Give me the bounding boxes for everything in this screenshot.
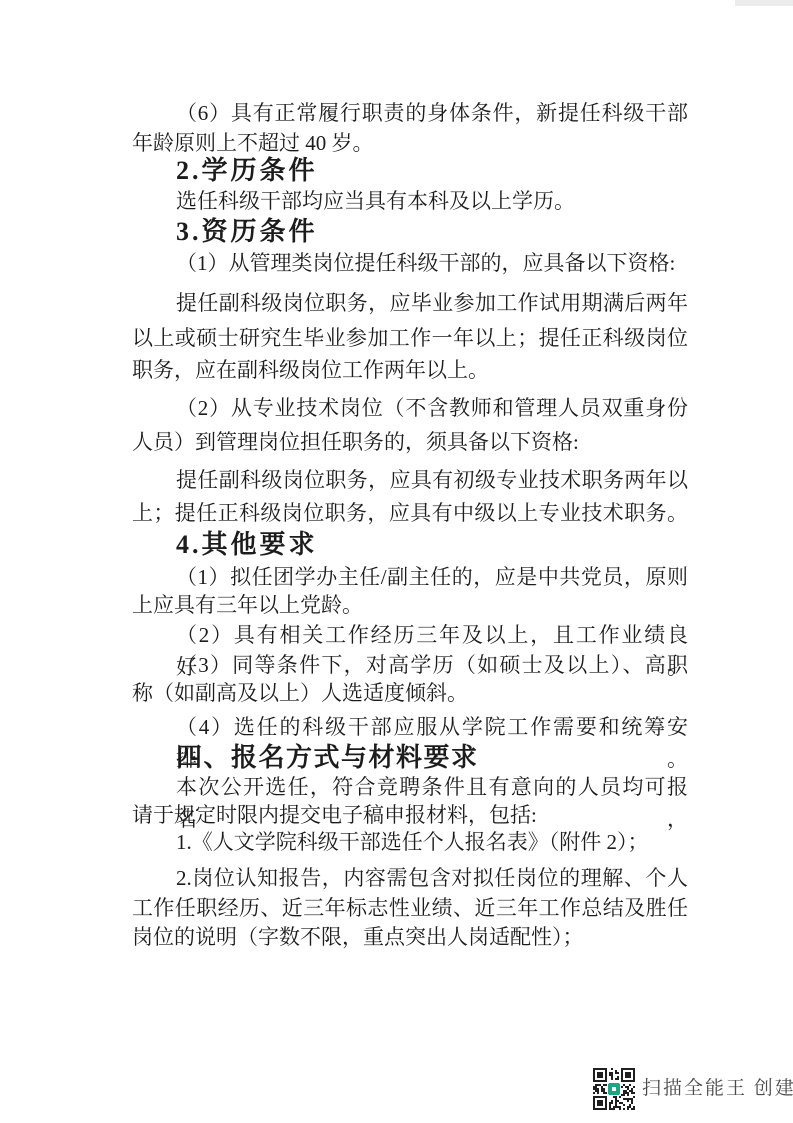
- section-heading: 四、报名方式与材料要求: [132, 741, 688, 773]
- section-heading: 3.资历条件: [132, 216, 688, 248]
- section-heading: 4.其他要求: [132, 529, 688, 561]
- text-line: 提任副科级岗位职务，应毕业参加工作试用期满后两年: [132, 287, 688, 319]
- text-line: （2）从专业技术岗位（不含教师和管理人员双重身份: [132, 392, 688, 424]
- qr-code-icon: [593, 1068, 635, 1110]
- text-line: 上；提任正科级岗位职务，应具有中级以上专业技术职务。: [132, 497, 688, 529]
- text-line: 工作任职经历、近三年标志性业绩、近三年工作总结及胜任: [132, 892, 688, 924]
- section-heading: 2.学历条件: [132, 155, 688, 187]
- text-line: 选任科级干部均应当具有本科及以上学历。: [132, 185, 688, 217]
- text-line: （1）从管理类岗位提任科级干部的，应具备以下资格:: [132, 247, 688, 279]
- text-line: 2.岗位认知报告，内容需包含对拟任岗位的理解、个人: [132, 862, 688, 894]
- scanner-credit-label: 扫描全能王 创建: [642, 1068, 793, 1110]
- text-line: 岗位的说明（字数不限，重点突出人岗适配性）；: [132, 921, 688, 953]
- text-line: 上应具有三年以上党龄。: [132, 589, 688, 621]
- document-page: （6）具有正常履行职责的身体条件，新提任科级干部年龄原则上不超过 40 岁。2.…: [0, 0, 793, 1123]
- text-line: 1.《人文学院科级干部选任个人报名表》（附件 2）；: [132, 826, 688, 858]
- text-line: （6）具有正常履行职责的身体条件，新提任科级干部: [132, 97, 688, 129]
- text-line: 职务，应在副科级岗位工作两年以上。: [132, 354, 688, 386]
- text-line: 人员）到管理岗位担任职务的，须具备以下资格:: [132, 426, 688, 458]
- text-line: 提任副科级岗位职务，应具有初级专业技术职务两年以: [132, 464, 688, 496]
- document-body: （6）具有正常履行职责的身体条件，新提任科级干部年龄原则上不超过 40 岁。2.…: [132, 0, 688, 1000]
- text-line: （4）选任的科级干部应服从学院工作需要和统筹安排。: [132, 711, 688, 743]
- text-line: （2）具有相关工作经历三年及以上，且工作业绩良好。: [132, 619, 688, 651]
- text-line: 称（如副高及以上）人选适度倾斜。: [132, 677, 688, 709]
- scanner-footer: 扫描全能王 创建: [593, 1068, 793, 1110]
- text-line: 以上或硕士研究生毕业参加工作一年以上；提任正科级岗位: [132, 322, 688, 354]
- scan-edge-artifact: [735, 0, 793, 6]
